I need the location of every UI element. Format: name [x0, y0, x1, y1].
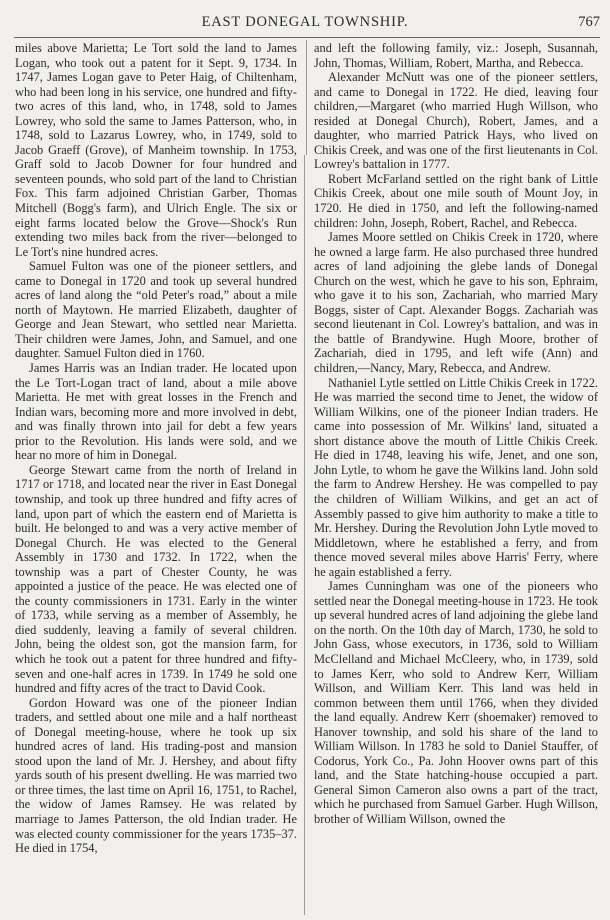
paragraph-howard-family: and left the following family, viz.: Jos… [314, 41, 598, 70]
left-column: miles above Marietta; Le Tort sold the l… [15, 41, 297, 856]
right-column: and left the following family, viz.: Jos… [314, 41, 598, 827]
running-title: EAST DONEGAL TOWNSHIP. [0, 14, 610, 31]
paragraph-george-stewart: George Stewart came from the north of Ir… [15, 463, 297, 696]
page-header: EAST DONEGAL TOWNSHIP. 767 [0, 0, 610, 38]
paragraph-james-moore: James Moore settled on Chikis Creek in 1… [314, 230, 598, 375]
column-divider [304, 155, 305, 915]
paragraph-nathaniel-lytle: Nathaniel Lytle settled on Little Chikis… [314, 376, 598, 580]
paragraph-james-cunningham: James Cunningham was one of the pioneers… [314, 579, 598, 826]
paragraph-alexander-mcnutt: Alexander McNutt was one of the pioneer … [314, 70, 598, 172]
paragraph-gordon-howard: Gordon Howard was one of the pioneer Ind… [15, 696, 297, 856]
paragraph-robert-mcfarland: Robert McFarland settled on the right ba… [314, 172, 598, 230]
paragraph-le-tort-logan: miles above Marietta; Le Tort sold the l… [15, 41, 297, 259]
column-divider [306, 40, 307, 155]
header-rule [14, 37, 600, 38]
page-number: 767 [578, 14, 600, 31]
paragraph-samuel-fulton: Samuel Fulton was one of the pioneer set… [15, 259, 297, 361]
paragraph-james-harris: James Harris was an Indian trader. He lo… [15, 361, 297, 463]
